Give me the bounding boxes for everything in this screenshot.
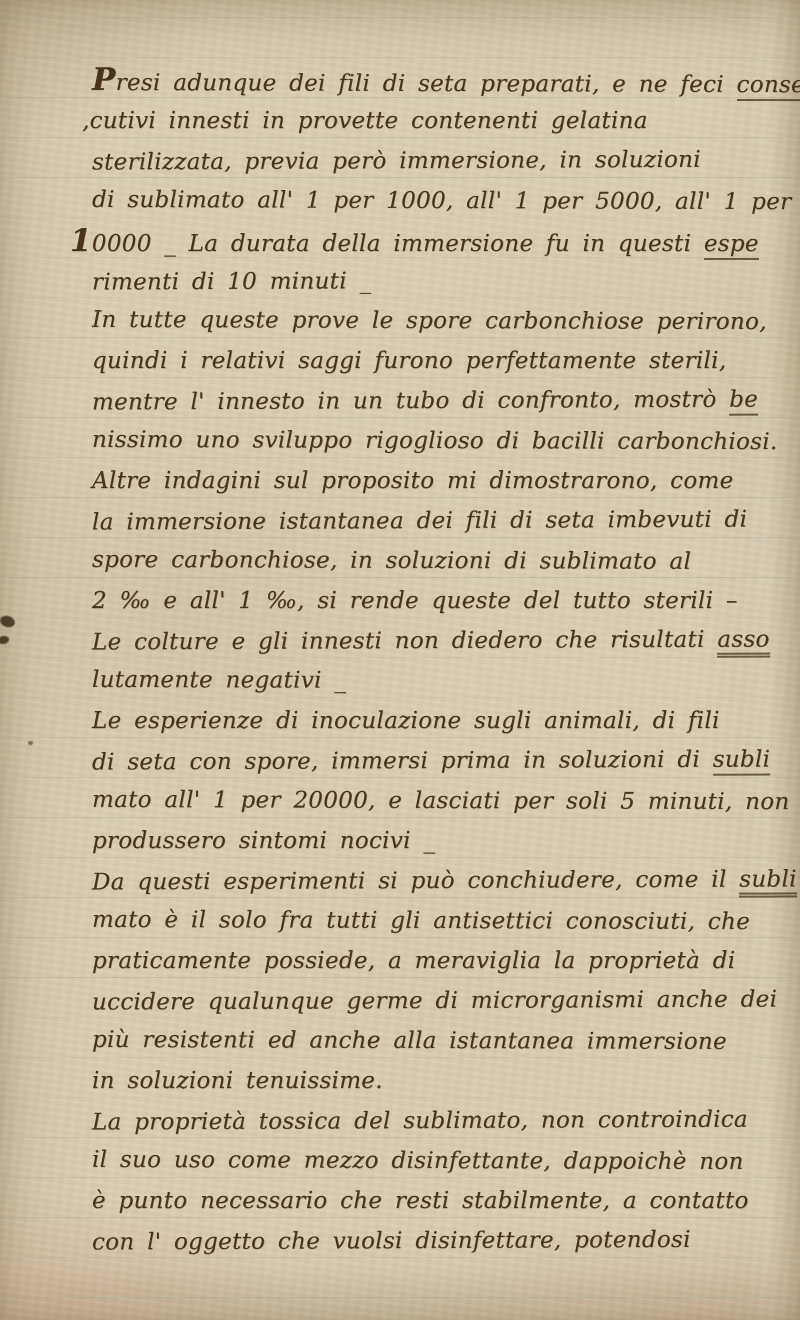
handwriting-line: mato all' 1 per 20000, e lasciati per so… — [92, 780, 782, 822]
ruled-line — [0, 57, 800, 58]
handwriting-line: di seta con spore, immersi prima in solu… — [92, 739, 782, 782]
handwriting-line: la immersione istantanea dei fili di set… — [92, 499, 782, 542]
handwriting-line: lutamente negativi _ — [92, 660, 782, 702]
handwriting-line: Presi adunque dei fili di seta preparati… — [92, 60, 782, 102]
handwriting-line: mentre l' innesto in un tubo di confront… — [92, 379, 782, 422]
handwriting-line: Altre indagini sul proposito mi dimostra… — [92, 461, 782, 501]
handwriting-line: uccidere qualunque germe di microrganism… — [92, 979, 782, 1022]
handwriting-line: La proprietà tossica del sublimato, non … — [92, 1099, 782, 1142]
handwriting-line: in soluzioni tenuissime. — [92, 1061, 782, 1101]
manuscript-page: Presi adunque dei fili di seta preparati… — [0, 0, 800, 1320]
handwriting-line: In tutte queste prove le spore carbonchi… — [92, 300, 782, 342]
hyphenation-fragment: conse — [736, 72, 800, 101]
handwriting-line: nissimo uno sviluppo rigoglioso di bacil… — [92, 420, 782, 462]
handwriting-line: mato è il solo fra tutti gli antisettici… — [92, 900, 782, 942]
handwriting-line: produssero sintomi nocivi _ — [92, 821, 782, 861]
ruled-line — [0, 1297, 800, 1298]
handwriting-line: 10000 _ La durata della immersione fu in… — [70, 221, 782, 261]
handwriting-line: Le colture e gli innesti non diedero che… — [92, 619, 782, 662]
handwriting-line: Le esperienze di inoculazione sugli anim… — [92, 701, 782, 741]
handwriting-line: ‚cutivi innesti in provette contenenti g… — [82, 101, 782, 141]
ruled-line — [0, 17, 800, 18]
handwriting-line: il suo uso come mezzo disinfettante, dap… — [92, 1140, 782, 1182]
handwriting-line: quindi i relativi saggi furono perfettam… — [92, 341, 782, 381]
handwriting-line: Da questi esperimenti si può conchiudere… — [92, 859, 782, 902]
handwriting-line: sterilizzata, previa però immersione, in… — [92, 139, 782, 182]
hyphenation-fragment: espe — [704, 231, 759, 260]
handwriting-line: spore carbonchiose, in soluzioni di subl… — [92, 540, 782, 582]
handwriting-line: di sublimato all' 1 per 1000, all' 1 per… — [92, 180, 782, 222]
hyphenation-fragment: subli — [739, 866, 797, 897]
handwriting-line: più resistenti ed anche alla istantanea … — [92, 1020, 782, 1062]
handwriting-line: 2 ‰ e all' 1 ‰, si rende queste del tutt… — [92, 581, 782, 621]
hyphenation-fragment: be — [729, 387, 758, 416]
handwriting-line: con l' oggetto che vuolsi disinfettare, … — [92, 1219, 782, 1262]
handwriting-line: è punto necessario che resti stabilmente… — [92, 1181, 782, 1221]
ink-smudge — [28, 741, 33, 745]
handwriting-line: praticamente possiede, a meraviglia la p… — [92, 941, 782, 981]
hyphenation-fragment: subli — [713, 747, 771, 776]
handwriting-lines: Presi adunque dei fili di seta preparati… — [92, 61, 782, 1261]
hyphenation-fragment: asso — [717, 627, 770, 658]
handwriting-line: rimenti di 10 minuti _ — [92, 259, 782, 302]
